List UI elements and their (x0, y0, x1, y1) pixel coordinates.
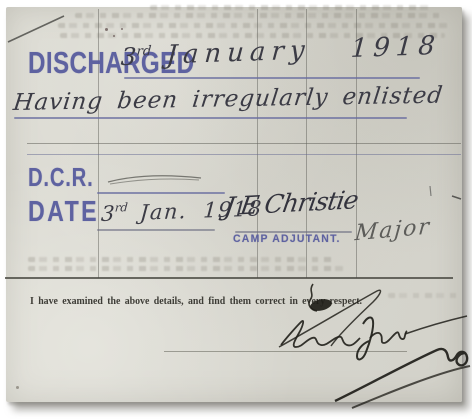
ink-speck (121, 28, 123, 30)
ink-speck (113, 35, 115, 37)
ink-speck (105, 28, 108, 31)
row-rule (27, 154, 461, 155)
examiner-signature-rule (164, 351, 407, 352)
bleed-through-text (75, 13, 445, 18)
bleed-through-text (150, 5, 430, 10)
date-underline (97, 229, 215, 231)
bleed-through-text (28, 266, 348, 271)
reason-underline (14, 117, 407, 119)
section-separator-rule (5, 277, 453, 279)
date-stamp: DATE (28, 196, 99, 229)
bleed-through-text (28, 257, 333, 262)
bleed-through-text (388, 293, 458, 298)
row-rule (27, 143, 461, 144)
bleed-through-text (58, 23, 453, 28)
dcr-stamp: D.C.R. (28, 162, 94, 193)
camp-adjutant-stamp: CAMP ADJUTANT. (233, 233, 341, 245)
discharge-day: 3 (120, 42, 137, 71)
date-day-suffix: rd (114, 200, 128, 214)
paper-blemish (16, 386, 19, 389)
dcr-underline (97, 192, 225, 194)
certification-text: I have examined the above details, and f… (30, 296, 362, 307)
discharge-form-scan: DISCHARGED D.C.R. DATE CAMP ADJUTANT. 3r… (0, 0, 472, 419)
discharge-day-suffix: rd (136, 44, 152, 60)
